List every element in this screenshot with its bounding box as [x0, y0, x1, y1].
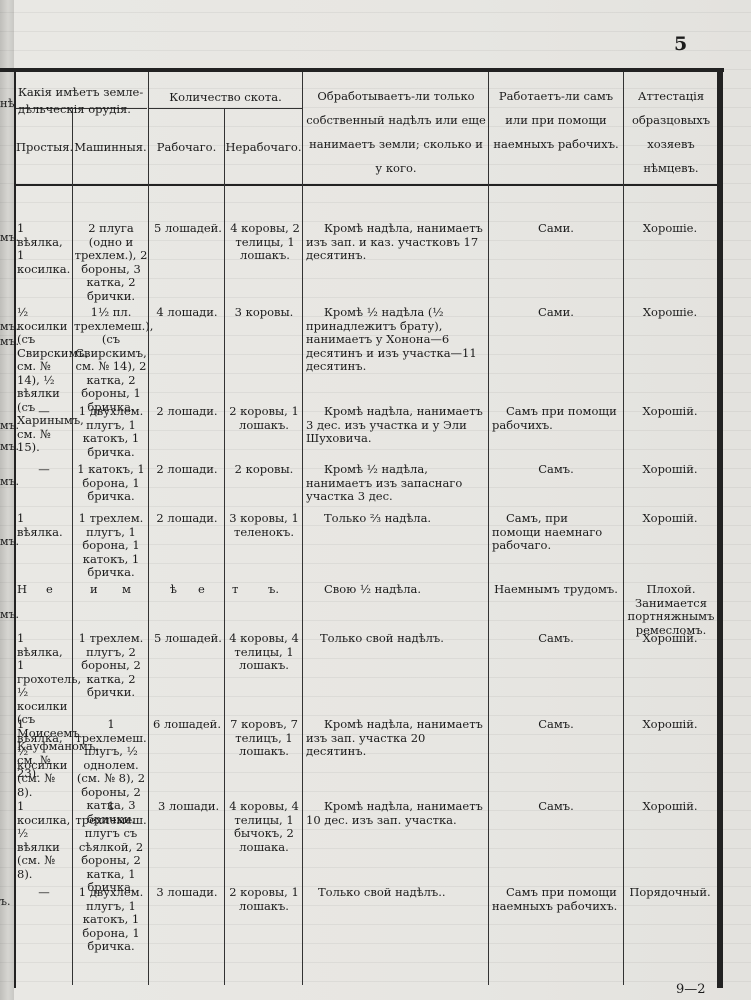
spread-letter: ъ. — [268, 583, 279, 597]
header-labor: Работаетъ-ли самъ или при помощи наемных… — [492, 84, 620, 156]
cell-tools-machine: 1 катокъ, 1 борона, 1 бричка. — [74, 463, 148, 504]
cell-livestock-nonworking: 2 коровы. — [226, 463, 302, 477]
book-spine-shadow — [0, 0, 14, 1000]
cell-livestock-working: 3 лошади. — [158, 800, 224, 814]
cell-labor: Самъ. — [490, 718, 622, 732]
cell-tools-simple: 1 вѣялка, 1 косилка. — [17, 222, 71, 276]
table-right-rule — [717, 70, 723, 988]
column-divider — [302, 72, 303, 985]
cell-livestock-nonworking: 2 коровы, 1 лошакъ. — [226, 405, 302, 432]
cell-tools-simple: — — [16, 405, 72, 419]
sheet-signature: 9—2 — [676, 982, 706, 997]
cell-tools-machine: 2 плуга (одно и трехлем.), 2 бороны, 3 к… — [74, 222, 148, 303]
cell-cultivation: Только свой надѣлъ. — [306, 632, 486, 646]
cell-tools-simple: ½ косилки (съ Свирскимъ, см. № 14), ½ вѣ… — [17, 306, 71, 455]
cell-tools-simple: 1 вѣялка. — [17, 512, 71, 539]
header-livestock-group: Количество скота. — [149, 90, 302, 104]
header-tools-machine: Машинныя. — [73, 140, 148, 154]
cell-cultivation: Только ⅔ надѣла. — [306, 512, 486, 526]
cell-livestock-working: 2 лошади. — [150, 405, 224, 419]
cell-attestation: Хорошіе. — [625, 306, 715, 320]
header-left-fragment: нѣ — [0, 96, 14, 110]
cell-labor: Наемнымъ трудомъ. — [490, 583, 622, 597]
cell-tools-simple: 1 вѣялка, ½ косилки (см. № 8). — [17, 718, 71, 799]
cell-attestation: Хорошій. — [625, 718, 715, 732]
cell-attestation: Хорошіе. — [625, 222, 715, 236]
cell-livestock-working: 3 лошади. — [150, 886, 224, 900]
header-livestock-nonworking: Нерабочаго. — [225, 140, 302, 154]
cell-livestock-working: 6 лошадей. — [150, 718, 224, 732]
header-cultivation: Обработываетъ-ли только собственный надѣ… — [306, 84, 486, 180]
spread-letter: и — [90, 583, 98, 597]
cell-labor: Сами. — [490, 306, 622, 320]
cell-livestock-working: 5 лошадей. — [154, 222, 224, 236]
cell-livestock-working: 2 лошади. — [150, 512, 224, 526]
cell-cultivation: Кромѣ надѣла, нанимаетъ 10 дес. изъ зап.… — [306, 800, 486, 827]
column-divider — [148, 72, 149, 985]
cell-tools-machine: 1 трехлемеш. плугъ съ сѣялкой, 2 бороны,… — [74, 800, 148, 895]
cell-tools-machine: 1½ пл. трехлемеш.), (съ Свирскимъ, см. №… — [74, 306, 148, 414]
cell-livestock-nonworking: 2 коровы, 1 лошакъ. — [226, 886, 302, 913]
cell-attestation: Хорошій. — [625, 463, 715, 477]
margin-fragment: мъ. — [0, 608, 19, 622]
cell-attestation: Хорошій. — [625, 632, 715, 646]
column-divider — [224, 108, 225, 985]
cell-labor: Самъ. — [490, 632, 622, 646]
cell-livestock-working: 5 лошадей. — [154, 632, 224, 646]
cell-livestock-nonworking: 7 коровъ, 7 телицъ, 1 лошакъ. — [226, 718, 302, 759]
cell-tools-machine: 1 трехлем. плугъ, 2 бороны, 2 катка, 2 б… — [74, 632, 148, 700]
column-divider — [72, 108, 73, 985]
cell-cultivation: Только свой надѣлъ.. — [306, 886, 486, 900]
scanned-page: 5 9—2 нѣ Какія имѣетъ земле-дѣльческія о… — [0, 0, 751, 1000]
cell-tools-simple: — — [16, 463, 72, 477]
spread-letter: ѣ — [170, 583, 177, 597]
cell-cultivation: Кромѣ надѣла, нанимаетъ изъ зап. участка… — [306, 718, 486, 759]
cell-labor: Сами. — [490, 222, 622, 236]
cell-cultivation: Кромѣ надѣла, нанимаетъ 3 дес. изъ участ… — [306, 405, 486, 446]
cell-livestock-nonworking: 3 коровы, 1 теленокъ. — [226, 512, 302, 539]
cell-attestation: Порядочный. — [625, 886, 715, 900]
header-divider — [148, 108, 302, 109]
header-tools-group: Какія имѣетъ земле-дѣльческія орудія. — [18, 84, 146, 118]
header-bottom-rule — [14, 184, 717, 186]
cell-livestock-nonworking: 4 коровы, 4 телицы, 1 лошакъ. — [226, 632, 302, 673]
cell-cultivation: Кромѣ надѣла, нанимаетъ изъ зап. и каз. … — [306, 222, 486, 263]
cell-tools-machine: 1 двухлем. плугъ, 1 катокъ, 1 бричка. — [74, 405, 148, 459]
header-tools-simple: Простыя. — [16, 140, 72, 154]
spread-letter: е — [198, 583, 205, 597]
margin-fragment: мъ. — [0, 475, 19, 489]
cell-labor: Самъ. — [490, 463, 622, 477]
cell-attestation: Плохой. Занимается портняжнымъ ремесломъ… — [627, 583, 715, 637]
cell-cultivation: Кромѣ ½ надѣла, нанимаетъ изъ запаснаго … — [306, 463, 486, 504]
column-divider — [488, 72, 489, 985]
column-divider — [623, 72, 624, 985]
cell-livestock-nonworking: 4 коровы, 2 телицы, 1 лошакъ. — [230, 222, 300, 263]
cell-labor: Самъ при помощи наемныхъ рабочихъ. — [492, 886, 620, 913]
table-top-rule — [0, 68, 724, 72]
header-attestation: Аттестація образцовыхъ хозяевъ нѣмцевъ. — [627, 84, 715, 180]
cell-tools-machine: 1 двухлем. плугъ, 1 катокъ, 1 борона, 1 … — [74, 886, 148, 954]
margin-fragment: ъ. — [0, 895, 11, 909]
header-livestock-working: Рабочаго. — [149, 140, 224, 154]
cell-tools-simple: — — [16, 886, 72, 900]
cell-livestock-nonworking: 3 коровы. — [226, 306, 302, 320]
cell-labor: Самъ, при помощи наемнаго рабочаго. — [492, 512, 620, 553]
column-divider — [14, 70, 16, 988]
cell-attestation: Хорошій. — [625, 405, 715, 419]
cell-tools-machine: 1 трехлем. плугъ, 1 борона, 1 катокъ, 1 … — [74, 512, 148, 580]
cell-labor: Самъ. — [490, 800, 622, 814]
cell-attestation: Хорошій. — [625, 800, 715, 814]
cell-livestock-working: 4 лошади. — [150, 306, 224, 320]
cell-cultivation: Кромѣ ½ надѣла (½ принадлежитъ брату), н… — [306, 306, 486, 374]
cell-cultivation: Свою ½ надѣла. — [306, 583, 486, 597]
spread-letter: Н — [17, 583, 27, 597]
cell-livestock-nonworking: 4 коровы, 4 телицы, 1 бычокъ, 2 лошака. — [226, 800, 302, 854]
cell-labor: Самъ при помощи рабочихъ. — [492, 405, 620, 432]
cell-livestock-working: 2 лошади. — [150, 463, 224, 477]
page-number: 5 — [674, 33, 687, 55]
cell-attestation: Хорошій. — [625, 512, 715, 526]
spread-letter: м — [122, 583, 131, 597]
spread-letter: е — [46, 583, 53, 597]
cell-tools-simple: 1 косилка, ½ вѣялки (см. № 8). — [17, 800, 71, 881]
spread-letter: т — [232, 583, 238, 597]
